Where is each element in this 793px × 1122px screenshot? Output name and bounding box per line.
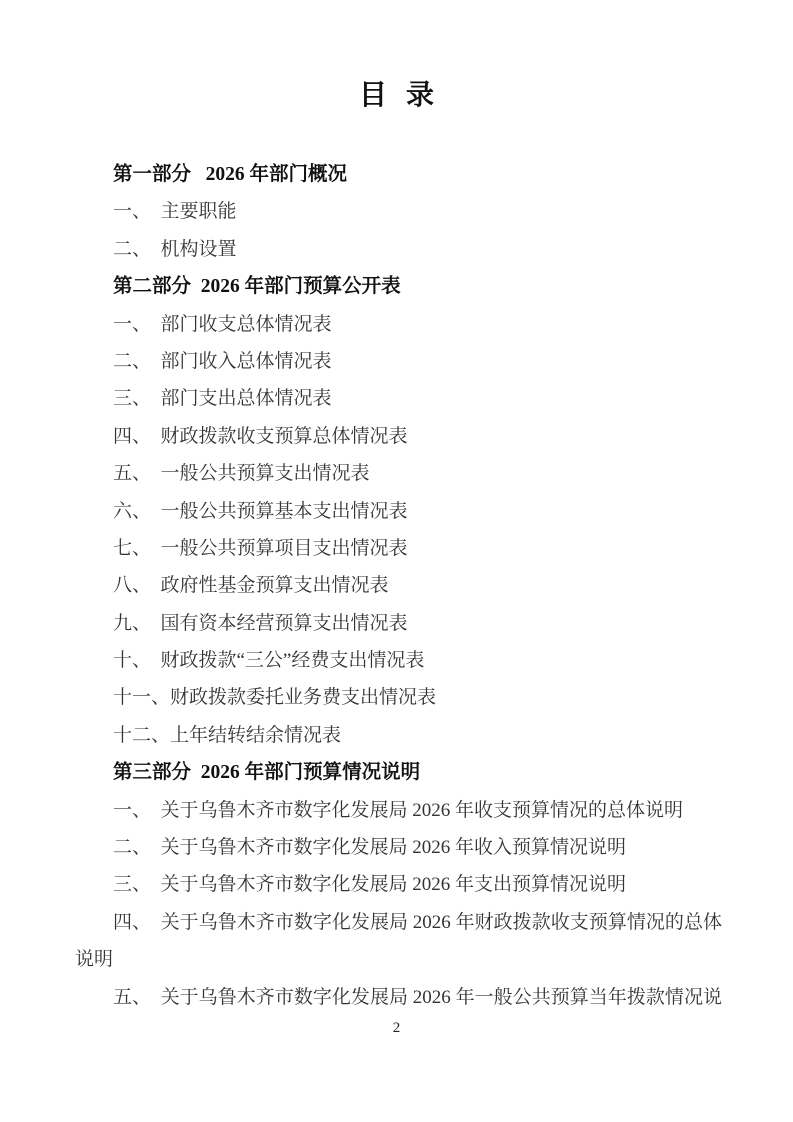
table-of-contents: 第一部分 2026 年部门概况一、 主要职能二、 机构设置第二部分 2026 年…	[75, 156, 722, 1016]
toc-item: 六、 一般公共预算基本支出情况表	[75, 493, 722, 530]
toc-item: 二、 部门收入总体情况表	[75, 343, 722, 380]
toc-item: 二、 机构设置	[75, 231, 722, 268]
page-number: 2	[0, 1018, 793, 1038]
toc-item: 一、 关于乌鲁木齐市数字化发展局 2026 年收支预算情况的总体说明	[75, 792, 722, 829]
toc-item: 三、 关于乌鲁木齐市数字化发展局 2026 年支出预算情况说明	[75, 866, 722, 903]
toc-section-heading: 第一部分 2026 年部门概况	[75, 156, 722, 193]
toc-item: 十二、上年结转结余情况表	[75, 717, 722, 754]
toc-section-heading: 第三部分 2026 年部门预算情况说明	[75, 754, 722, 791]
toc-section-heading: 第二部分 2026 年部门预算公开表	[75, 268, 722, 305]
toc-item: 九、 国有资本经营预算支出情况表	[75, 605, 722, 642]
toc-item: 四、 财政拨款收支预算总体情况表	[75, 418, 722, 455]
toc-item: 一、 主要职能	[75, 193, 722, 230]
toc-item: 二、 关于乌鲁木齐市数字化发展局 2026 年收入预算情况说明	[75, 829, 722, 866]
toc-item: 五、 关于乌鲁木齐市数字化发展局 2026 年一般公共预算当年拨款情况说	[75, 979, 722, 1016]
toc-item: 八、 政府性基金预算支出情况表	[75, 567, 722, 604]
toc-item: 三、 部门支出总体情况表	[75, 380, 722, 417]
toc-item: 一、 部门收支总体情况表	[75, 306, 722, 343]
toc-item-continuation: 说明	[75, 941, 722, 978]
page-title: 目 录	[0, 80, 793, 112]
document-page: 目 录 第一部分 2026 年部门概况一、 主要职能二、 机构设置第二部分 20…	[0, 0, 793, 1122]
toc-item: 十、 财政拨款“三公”经费支出情况表	[75, 642, 722, 679]
toc-item: 十一、财政拨款委托业务费支出情况表	[75, 679, 722, 716]
toc-item: 五、 一般公共预算支出情况表	[75, 455, 722, 492]
toc-item: 四、 关于乌鲁木齐市数字化发展局 2026 年财政拨款收支预算情况的总体	[75, 904, 722, 941]
toc-item: 七、 一般公共预算项目支出情况表	[75, 530, 722, 567]
